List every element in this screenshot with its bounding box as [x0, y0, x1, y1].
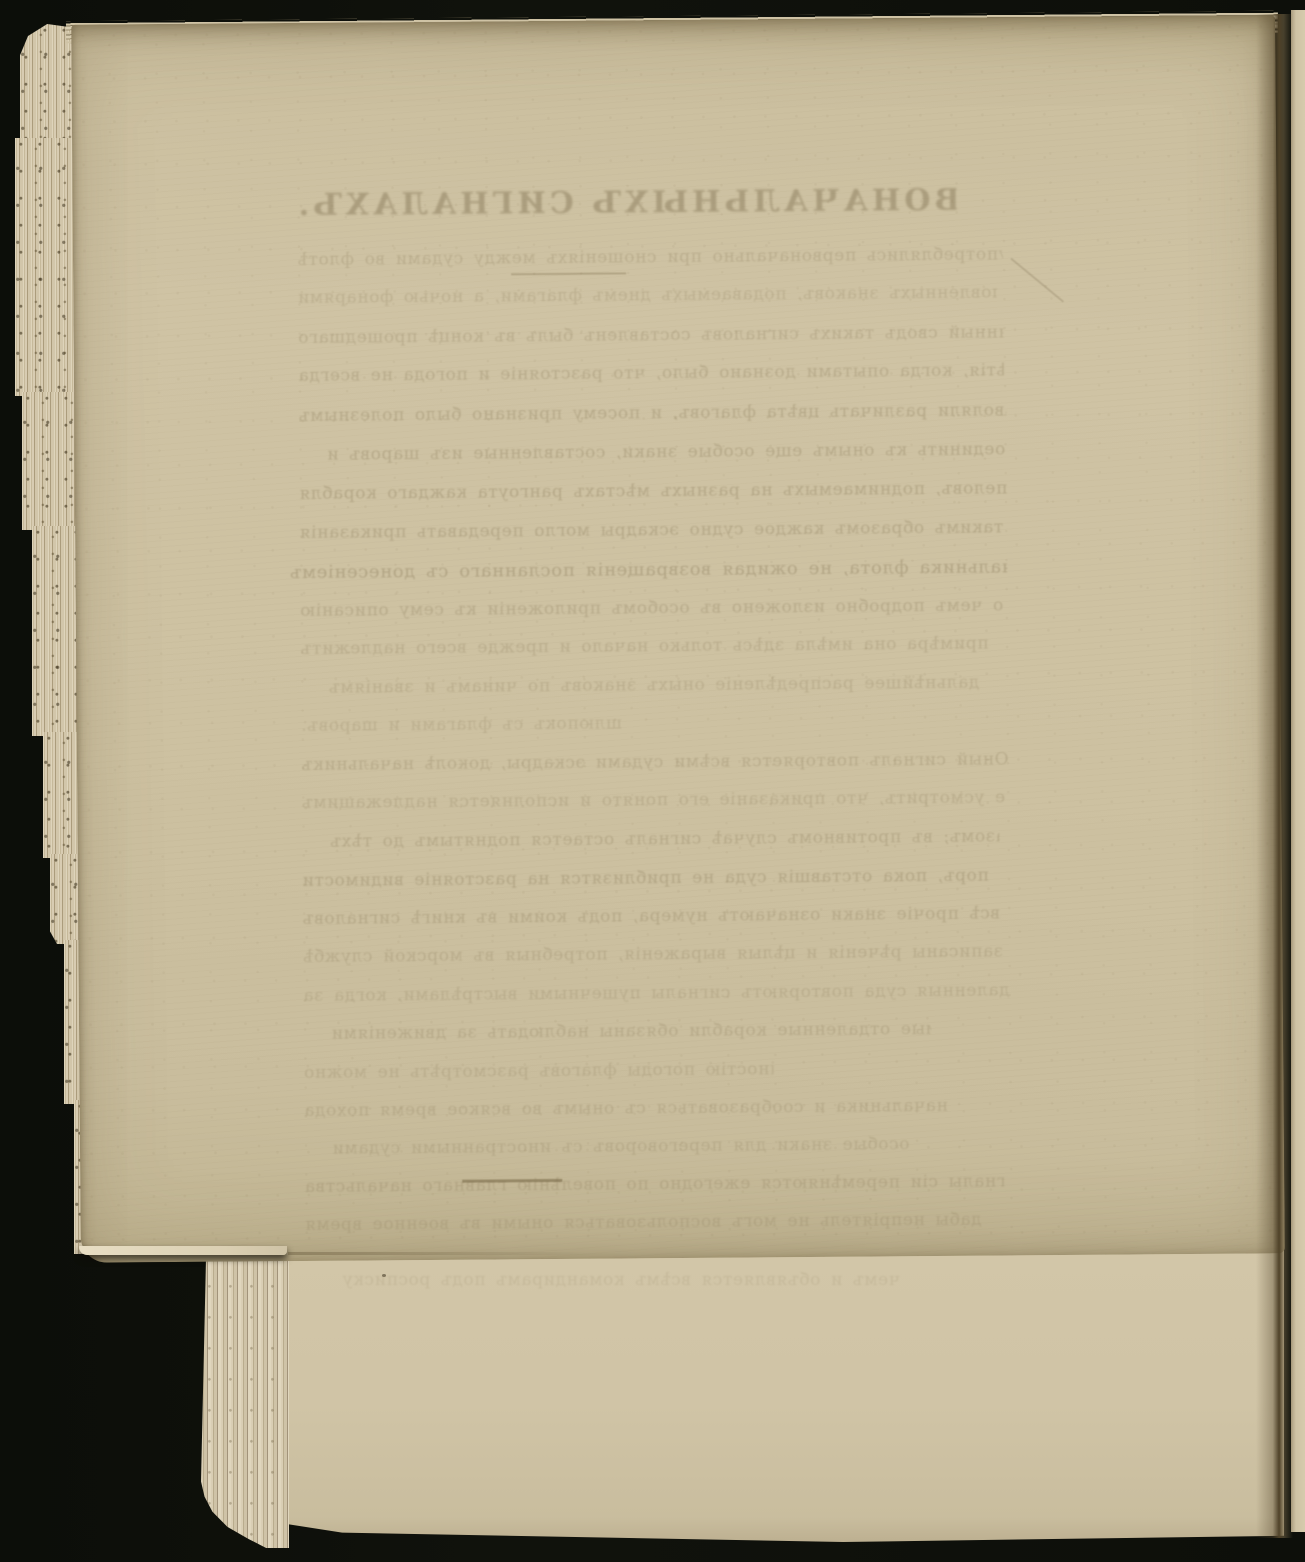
- bleedthrough-line: путемъ условленныхъ знаковъ, подаваемыхъ…: [297, 282, 997, 307]
- bleedthrough-line: записаны рѣченія и цѣлыя выраженія, потр…: [302, 941, 1002, 966]
- bleedthrough-line: начальника и сообразоваться съ онымъ во …: [304, 1096, 994, 1121]
- bleedthrough-line: всѣ прочіе знаки означаютъ нумера, подъ …: [302, 903, 1008, 929]
- ink-dash-mark: [511, 272, 626, 275]
- bleedthrough-line-text: не усмотритъ, что приказаніе его понято …: [301, 787, 1006, 813]
- bleedthrough-line-text: Для примѣра она имѣла здѣсь только начал…: [300, 633, 1000, 658]
- bleedthrough-line: образомъ; въ противномъ случаѣ сигналъ о…: [330, 826, 1000, 851]
- bleedthrough-line-text: образомъ; въ противномъ случаѣ сигналъ о…: [330, 826, 1000, 851]
- bleedthrough-line: Отдаленныя суда повторяютъ сигналы пушеч…: [303, 980, 1009, 1006]
- bleedthrough-layer: О ПЕРВОНАЧАЛЬНЫХЪ СИГНАЛАХЪ. которые упо…: [71, 15, 1285, 1262]
- under-page-bleedthrough-layer: о чемъ и объявляется всѣмъ командирамъ п…: [282, 1230, 1284, 1542]
- book-scan: о чемъ и объявляется всѣмъ командирамъ п…: [0, 0, 1305, 1562]
- bleedthrough-line-text: впрочемъ и самые отдаленные корабли обяз…: [331, 1019, 931, 1044]
- bleedthrough-line-text: дабы непріятель не могъ воспользоваться …: [305, 1210, 982, 1235]
- gutter-groove: [1256, 14, 1298, 1538]
- fore-edge-stack-bottom: [201, 1246, 289, 1548]
- bleedthrough-line-text: особые знаки для переговоровъ съ иностра…: [332, 1134, 910, 1159]
- bleedthrough-heading: О ПЕРВОНАЧАЛЬНЫХЪ СИГНАЛАХЪ.: [294, 183, 956, 223]
- bleedthrough-line-text: записаны рѣченія и цѣлыя выраженія, потр…: [302, 941, 1002, 966]
- bleedthrough-line-text: постоянный сводъ такихъ сигналовъ состав…: [298, 322, 1004, 348]
- bleedthrough-line: показать дальнѣйшее распредѣленіе оныхъ …: [328, 673, 988, 698]
- bleedthrough-line-text: дозволяли различать цвѣта флаговъ, и пос…: [298, 400, 1006, 426]
- bleedthrough-line: дабы непріятель не могъ воспользоваться …: [305, 1209, 1011, 1235]
- bleedthrough-line-text: вымпеловъ, поднимаемыхъ на разныхъ мѣста…: [299, 478, 1007, 504]
- bleedthrough-line-text: всѣ прочіе знаки означаютъ нумера, подъ …: [302, 903, 1000, 928]
- bleedthrough-line-text: показать дальнѣйшее распредѣленіе оныхъ …: [328, 673, 988, 698]
- scratch-mark: [1010, 258, 1064, 303]
- bleedthrough-line-text: Отдаленныя суда повторяютъ сигналы пушеч…: [303, 980, 1009, 1006]
- bleedthrough-line: начальника флота, не ожидая возвращенія …: [289, 556, 1007, 583]
- bleedthrough-line: о чемъ и объявляется всѣмъ командирамъ п…: [342, 1270, 902, 1290]
- bleedthrough-line-text: путемъ условленныхъ знаковъ, подаваемыхъ…: [297, 282, 997, 307]
- bleedthrough-line: присоединить къ онымъ еще особые знаки, …: [326, 439, 1004, 464]
- bleedthrough-line-text: начальника и сообразоваться съ онымъ во …: [304, 1096, 948, 1121]
- bleedthrough-line-text: такимъ образомъ каждое судно эскадры мог…: [299, 517, 1003, 543]
- bleedthrough-line-text: о чемъ и объявляется всѣмъ командирамъ п…: [342, 1270, 902, 1290]
- page-bottom-edge-highlight: [79, 1246, 287, 1255]
- bleedthrough-line-text: сигналы сіи перемѣняются ежегодно по пов…: [304, 1171, 1004, 1196]
- bleedthrough-line: сигналы сіи перемѣняются ежегодно по пов…: [304, 1171, 1004, 1196]
- bleedthrough-line-text: столѣтія, когда опытами дознано было, чт…: [298, 360, 1004, 386]
- bleedthrough-line-text: мрачностію погоды флаговъ разсмотрѣть не…: [303, 1059, 773, 1083]
- bleedthrough-line: вымпеловъ, поднимаемыхъ на разныхъ мѣста…: [299, 478, 1007, 504]
- bleedthrough-line: особые знаки для переговоровъ съ иностра…: [332, 1134, 972, 1159]
- bleedthrough-line: не усмотритъ, что приказаніе его понято …: [301, 787, 1006, 813]
- bleedthrough-line: которые употреблялись первоначально при …: [297, 244, 1003, 270]
- bleedthrough-line: мрачностію погоды флаговъ разсмотрѣть не…: [303, 1059, 773, 1083]
- bleedthrough-line-text: начальника флота, не ожидая возвращенія …: [289, 556, 1007, 583]
- bleedthrough-line: Для примѣра она имѣла здѣсь только начал…: [300, 633, 1000, 658]
- bleedthrough-heading-text: О ПЕРВОНАЧАЛЬНЫХЪ СИГНАЛАХЪ.: [294, 183, 956, 223]
- bleedthrough-line-text: присоединить къ онымъ еще особые знаки, …: [326, 439, 1004, 464]
- bleedthrough-line-text: Оный сигналъ повторяется всѣми судами эс…: [301, 749, 1009, 775]
- bleedthrough-line: поръ, пока отставшія суда не приблизятся…: [302, 865, 1012, 891]
- bleedthrough-line-text: о чемъ подробно изложено въ особомъ прил…: [300, 595, 1004, 621]
- bleedthrough-line-text: которые употреблялись первоначально при …: [297, 244, 1003, 270]
- bleedthrough-line: постоянный сводъ такихъ сигналовъ состав…: [298, 322, 1004, 348]
- bleedthrough-line: столѣтія, когда опытами дознано было, чт…: [298, 360, 1004, 386]
- bleedthrough-line: дозволяли различать цвѣта флаговъ, и пос…: [298, 400, 1006, 426]
- bleedthrough-line: о чемъ подробно изложено въ особомъ прил…: [300, 595, 1006, 621]
- bleedthrough-line: впрочемъ и самые отдаленные корабли обяз…: [331, 1019, 931, 1044]
- bleedthrough-line-text: поръ, пока отставшія суда не приблизятся…: [302, 866, 989, 891]
- bleedthrough-line-text: шлюпокъ съ флагами и шаровъ.: [301, 713, 622, 736]
- bleedthrough-line: Оный сигналъ повторяется всѣми судами эс…: [301, 749, 1011, 775]
- bleedthrough-line: шлюпокъ съ флагами и шаровъ.: [301, 713, 637, 736]
- bleedthrough-line: такимъ образомъ каждое судно эскадры мог…: [299, 517, 1009, 543]
- under-page: о чемъ и объявляется всѣмъ командирамъ п…: [282, 1230, 1284, 1542]
- blank-verso-page: О ПЕРВОНАЧАЛЬНЫХЪ СИГНАЛАХЪ. которые упо…: [71, 15, 1285, 1262]
- page-seam-shadow: [288, 1252, 588, 1255]
